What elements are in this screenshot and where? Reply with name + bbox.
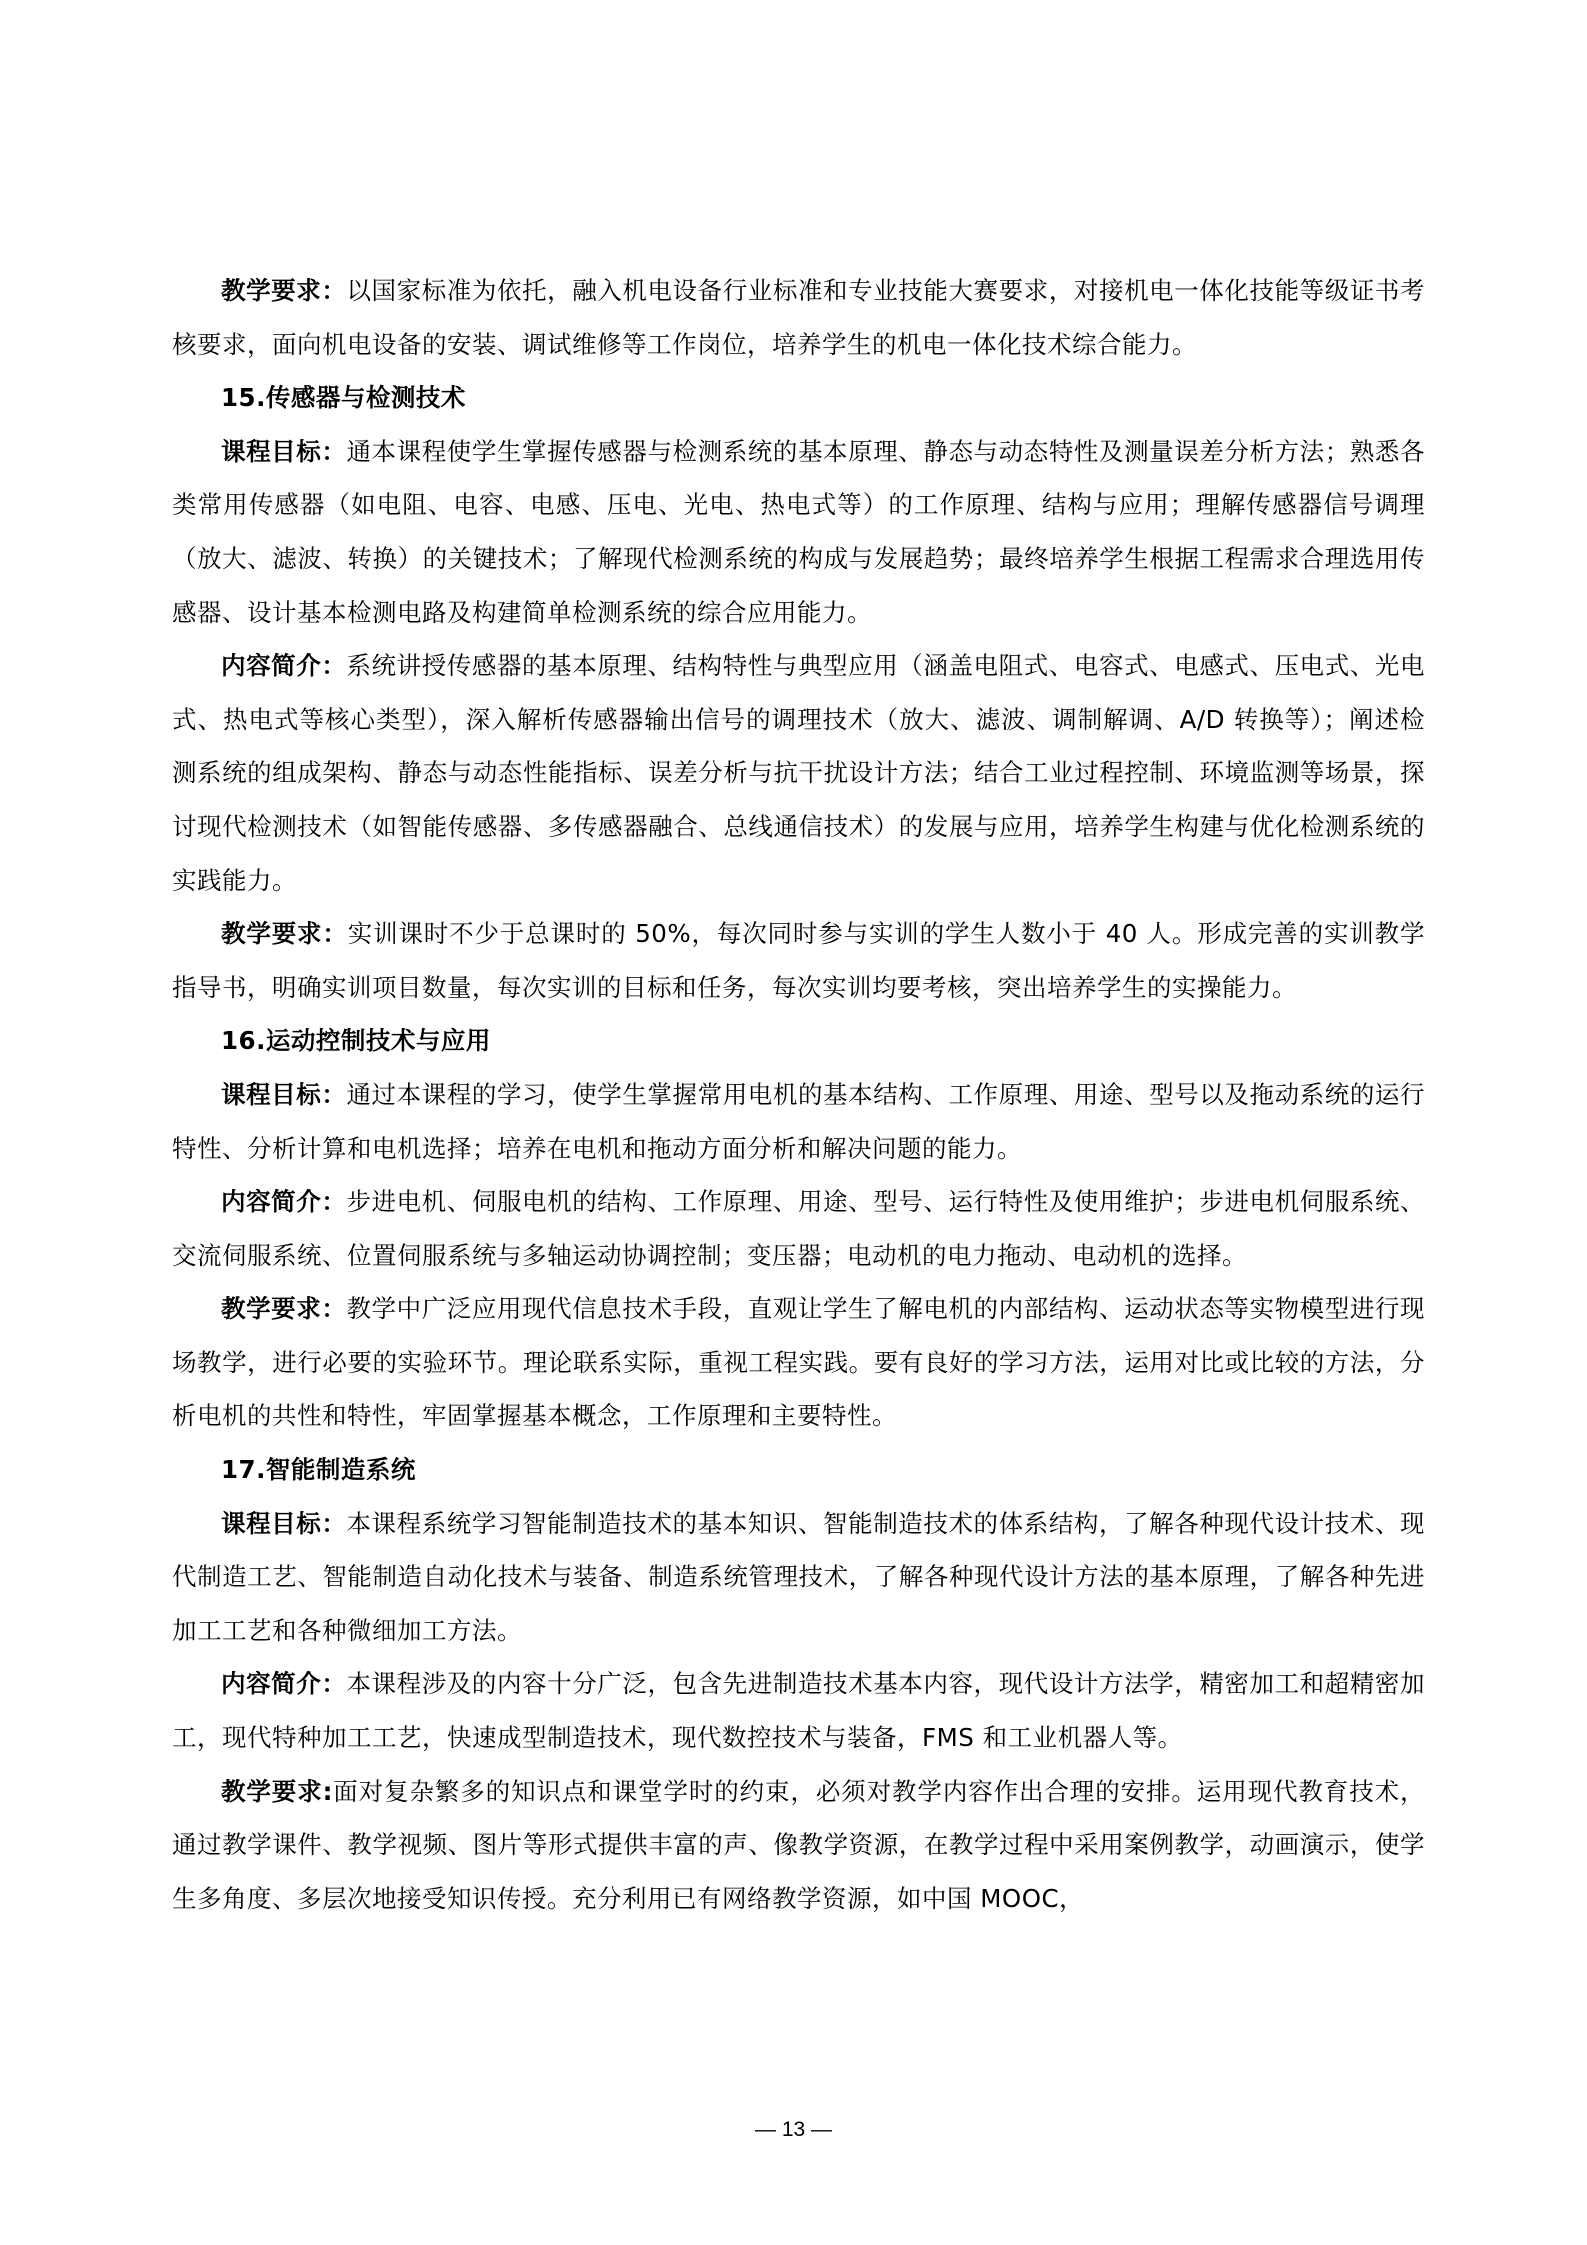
paragraph-label: 教学要求:: [221, 1777, 333, 1806]
content-summary-paragraph: 内容简介：本课程涉及的内容十分广泛，包含先进制造技术基本内容，现代设计方法学，精…: [172, 1657, 1425, 1764]
paragraph-label: 课程目标：: [221, 1509, 346, 1538]
paragraph-text: 本课程系统学习智能制造技术的基本知识、智能制造技术的体系结构，了解各种现代设计技…: [172, 1509, 1425, 1645]
paragraph-text: 本课程涉及的内容十分广泛，包含先进制造技术基本内容，现代设计方法学，精密加工和超…: [172, 1669, 1425, 1752]
teaching-requirements-paragraph: 教学要求：教学中广泛应用现代信息技术手段，直观让学生了解电机的内部结构、运动状态…: [172, 1282, 1425, 1443]
course-objective-paragraph: 课程目标：通本课程使学生掌握传感器与检测系统的基本原理、静态与动态特性及测量误差…: [172, 425, 1425, 639]
paragraph-text: 通本课程使学生掌握传感器与检测系统的基本原理、静态与动态特性及测量误差分析方法；…: [172, 437, 1425, 627]
section-heading-16: 16.运动控制技术与应用: [172, 1014, 1425, 1068]
teaching-requirements-paragraph: 教学要求：以国家标准为依托，融入机电设备行业标准和专业技能大赛要求，对接机电一体…: [172, 264, 1425, 371]
paragraph-label: 内容简介：: [221, 1187, 346, 1216]
document-body: 教学要求：以国家标准为依托，融入机电设备行业标准和专业技能大赛要求，对接机电一体…: [172, 264, 1425, 1925]
paragraph-label: 教学要求：: [221, 276, 346, 305]
paragraph-label: 教学要求：: [221, 919, 348, 948]
section-heading-17: 17.智能制造系统: [172, 1443, 1425, 1497]
paragraph-text: 通过本课程的学习，使学生掌握常用电机的基本结构、工作原理、用途、型号以及拖动系统…: [172, 1080, 1425, 1163]
paragraph-text: 以国家标准为依托，融入机电设备行业标准和专业技能大赛要求，对接机电一体化技能等级…: [172, 276, 1425, 359]
paragraph-label: 教学要求：: [221, 1294, 346, 1323]
teaching-requirements-paragraph: 教学要求:面对复杂繁多的知识点和课堂学时的约束，必须对教学内容作出合理的安排。运…: [172, 1765, 1425, 1926]
content-summary-paragraph: 内容简介：步进电机、伺服电机的结构、工作原理、用途、型号、运行特性及使用维护；步…: [172, 1175, 1425, 1282]
course-objective-paragraph: 课程目标：通过本课程的学习，使学生掌握常用电机的基本结构、工作原理、用途、型号以…: [172, 1068, 1425, 1175]
paragraph-text: 系统讲授传感器的基本原理、结构特性与典型应用（涵盖电阻式、电容式、电感式、压电式…: [172, 651, 1425, 894]
paragraph-text: 实训课时不少于总课时的 50%，每次同时参与实训的学生人数小于 40 人。形成完…: [172, 919, 1425, 1002]
course-objective-paragraph: 课程目标：本课程系统学习智能制造技术的基本知识、智能制造技术的体系结构，了解各种…: [172, 1497, 1425, 1658]
paragraph-label: 课程目标：: [221, 437, 346, 466]
paragraph-label: 课程目标：: [221, 1080, 346, 1109]
paragraph-label: 内容简介：: [221, 651, 346, 680]
section-heading-15: 15.传感器与检测技术: [172, 371, 1425, 425]
paragraph-text: 步进电机、伺服电机的结构、工作原理、用途、型号、运行特性及使用维护；步进电机伺服…: [172, 1187, 1425, 1270]
paragraph-label: 内容简介：: [221, 1669, 346, 1698]
paragraph-text: 教学中广泛应用现代信息技术手段，直观让学生了解电机的内部结构、运动状态等实物模型…: [172, 1294, 1425, 1430]
paragraph-text: 面对复杂繁多的知识点和课堂学时的约束，必须对教学内容作出合理的安排。运用现代教育…: [172, 1777, 1425, 1913]
content-summary-paragraph: 内容简介：系统讲授传感器的基本原理、结构特性与典型应用（涵盖电阻式、电容式、电感…: [172, 639, 1425, 907]
teaching-requirements-paragraph: 教学要求：实训课时不少于总课时的 50%，每次同时参与实训的学生人数小于 40 …: [172, 907, 1425, 1014]
page-number: — 13 —: [0, 2118, 1587, 2142]
